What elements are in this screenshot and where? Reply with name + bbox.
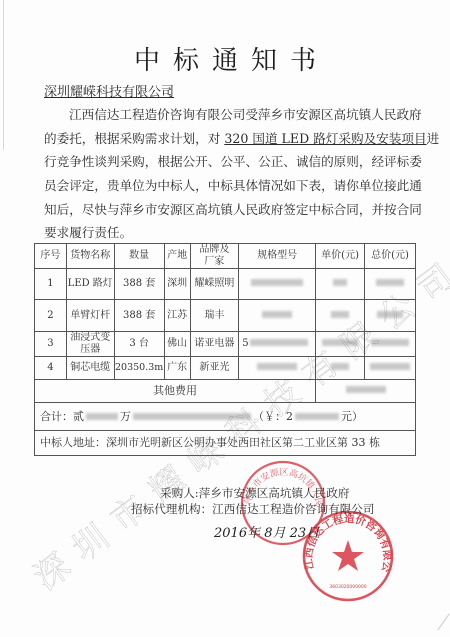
cell-no: 4	[35, 357, 67, 380]
table-header-row: 序号 货物名称 数量 产地 品牌及厂家 规格型号 单价(元) 总价(元)	[35, 244, 416, 269]
cell-total-redacted	[365, 357, 416, 380]
cell-name: 铜芯电缆	[66, 357, 114, 380]
header-brand-l2: 厂家	[204, 256, 224, 267]
body-line-2-pre: 的委托，根据采购需求计划，对	[44, 131, 224, 146]
cell-origin: 广东	[164, 357, 190, 380]
header-total-price: 总价(元)	[365, 244, 416, 269]
notice-body: 江西信达工程造价咨询有限公司受萍乡市安源区高坑镇人民政府 的委托，根据采购需求计…	[44, 103, 412, 245]
body-line-6: 要求履行责任。	[44, 221, 412, 245]
total-label: 合计：贰	[40, 410, 84, 423]
cell-brand: 耀嵘照明	[190, 269, 239, 300]
purchaser-value: 萍乡市安源区高坑镇人民政府	[199, 486, 350, 500]
cell-qty: 3 台	[114, 332, 164, 357]
cell-brand: 新亚光	[190, 357, 239, 380]
header-spec: 规格型号	[239, 244, 316, 269]
header-brand: 品牌及厂家	[190, 244, 239, 269]
cell-brand: 瑞丰	[190, 300, 239, 332]
cell-qty: 20350.3m	[114, 357, 164, 380]
addressee: 深圳耀嵘科技有限公司	[44, 81, 174, 100]
body-line-2: 的委托，根据采购需求计划，对 320 国道 LED 路灯采购及安装项目进	[44, 127, 412, 151]
cell-brand: 诺亚电器	[190, 332, 239, 357]
table-row: 1 LED 路灯 388 套 深圳 耀嵘照明	[35, 269, 416, 300]
cell-spec-redacted	[239, 269, 316, 300]
cell-name: 油浸式变压器	[66, 332, 114, 357]
project-name: 320 国道 LED 路灯采购及安装项目	[224, 131, 426, 146]
cell-origin: 深圳	[164, 269, 190, 300]
total-yen-close: 元）	[341, 410, 363, 423]
cell-no: 2	[35, 300, 67, 332]
cell-spec-redacted	[239, 300, 316, 332]
addressee-colon: ：	[167, 81, 180, 100]
cell-unit-redacted	[316, 269, 365, 300]
svg-text:3603020000000: 3603020000000	[329, 584, 366, 590]
header-name: 货物名称	[66, 244, 114, 269]
scan-mark	[437, 614, 449, 631]
cell-name-l2: 压器	[80, 344, 100, 355]
header-unit-price: 单价(元)	[316, 244, 365, 269]
cell-origin: 佛山	[164, 332, 190, 357]
notice-page: 中标通知书 深圳耀嵘科技有限公司 ： 江西信达工程造价咨询有限公司受萍乡市安源区…	[0, 0, 450, 637]
cell-name-l1: 油浸式变	[70, 332, 110, 343]
cell-qty: 388 套	[114, 300, 164, 332]
body-line-2-post: 进	[427, 131, 440, 146]
cell-origin: 江苏	[164, 300, 190, 332]
cell-name: 单臂灯杆	[66, 300, 114, 332]
document-title: 中标通知书	[0, 40, 450, 77]
cell-qty: 388 套	[114, 269, 164, 300]
signing-date: 2016年 8月 23日	[214, 522, 319, 541]
header-no: 序号	[35, 244, 67, 269]
body-line-5: 知后，尽快与萍乡市安源区高坑镇人民政府签定中标合同，并按合同	[44, 198, 412, 222]
header-qty: 数量	[114, 244, 164, 269]
cell-no: 1	[35, 269, 67, 300]
header-brand-l1: 品牌及	[199, 244, 229, 255]
body-line-4: 员会评定，贵单位为中标人，中标具体情况如下表，请你单位接此通	[44, 174, 412, 198]
cell-name: LED 路灯	[66, 269, 114, 300]
header-origin: 产地	[164, 244, 190, 269]
other-fees-row: 其他费用	[35, 380, 416, 403]
body-line-1: 江西信达工程造价咨询有限公司受萍乡市安源区高坑镇人民政府	[44, 103, 412, 127]
body-line-3: 行竞争性谈判采购，根据公开、公平、公正、诚信的原则，经评标委	[44, 150, 412, 174]
cell-no: 3	[35, 332, 67, 357]
address-label: 中标人地址：	[40, 436, 106, 449]
total-wan: 万	[120, 410, 131, 423]
agency-value: 江西信达工程造价咨询有限公司	[212, 502, 374, 516]
